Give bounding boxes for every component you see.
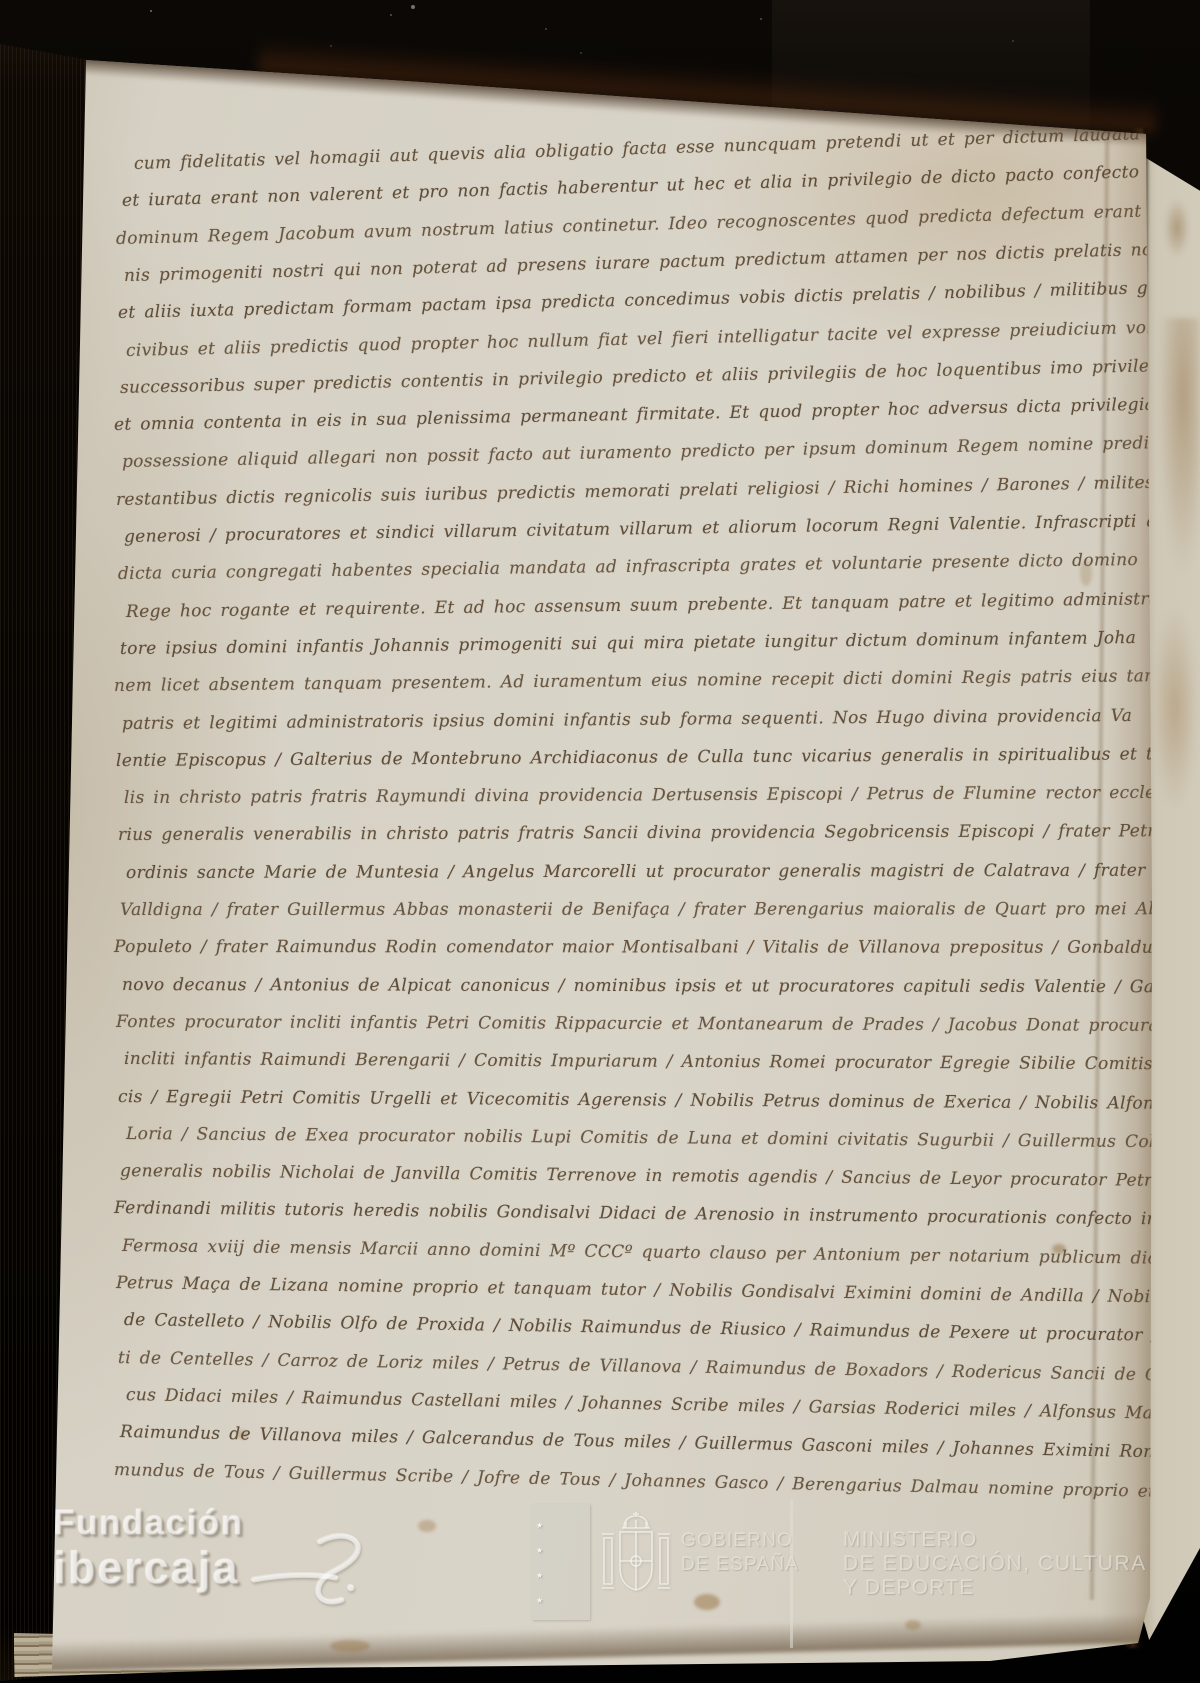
manuscript-line: et aliis iuxta predictam formam pactam i… bbox=[118, 279, 1200, 322]
manuscript-line: nis primogeniti nostri qui non poterat a… bbox=[124, 240, 1200, 285]
manuscript-line: lis in christo patris fratris Raymundi d… bbox=[124, 784, 1200, 807]
eu-star-icon: ★ bbox=[536, 1596, 543, 1605]
eu-star-icon: ★ bbox=[536, 1546, 543, 1555]
stain bbox=[1152, 608, 1198, 808]
stain bbox=[330, 1640, 370, 1652]
ministerio-watermark-line1: MINISTERIO bbox=[843, 1528, 978, 1552]
manuscript-line: Petrus Maça de Lizana nomine proprio et … bbox=[116, 1275, 1200, 1308]
manuscript-line: Raimundus de Villanova miles / Galcerand… bbox=[120, 1424, 1200, 1464]
stain bbox=[1158, 318, 1200, 578]
manuscript-line: rius generalis venerabilis in christo pa… bbox=[118, 823, 1200, 844]
manuscript-line: cus Didaci miles / Raimundus Castellani … bbox=[126, 1387, 1200, 1425]
manuscript-line: Valldigna / frater Guillermus Abbas mona… bbox=[120, 901, 1200, 919]
manuscript-line: restantibus dictis regnicolis suis iurib… bbox=[116, 474, 1154, 508]
fundacion-watermark: Fundación bbox=[54, 1504, 244, 1544]
stain bbox=[418, 1520, 436, 1532]
ibercaja-watermark: ibercaja bbox=[54, 1543, 240, 1595]
manuscript-line: novo decanus / Antonius de Alpicat canon… bbox=[122, 977, 1200, 996]
eu-star-icon: ★ bbox=[536, 1521, 543, 1530]
manuscript-line: Populeto / frater Raimundus Rodin comend… bbox=[114, 939, 1200, 957]
ministerio-watermark-line2: DE EDUCACIÓN, CULTURA bbox=[843, 1552, 1147, 1576]
manuscript-line: ordinis sancte Marie de Muntesia / Angel… bbox=[126, 862, 1200, 882]
gobierno-watermark-line1: GOBIERNO bbox=[681, 1530, 793, 1552]
manuscript-line: cis / Egregii Petri Comitis Urgelli et V… bbox=[118, 1089, 1200, 1114]
stain bbox=[905, 1620, 921, 1630]
manuscript-line: Rege hoc rogante et requirente. Et ad ho… bbox=[126, 591, 1160, 621]
ministerio-watermark-line3: Y DEPORTE bbox=[843, 1576, 974, 1600]
manuscript-line: ti de Centelles / Carroz de Loriz miles … bbox=[118, 1350, 1200, 1388]
manuscript-line: Fontes procurator incliti infantis Petri… bbox=[116, 1014, 1185, 1035]
manuscript-line: patris et legitimi administratoris ipsiu… bbox=[122, 707, 1132, 732]
manuscript-line: successoribus super predictis contentis … bbox=[120, 357, 1200, 397]
manuscript-line: lentie Episcopus / Galterius de Montebru… bbox=[116, 745, 1200, 770]
manuscript-line: possessione aliquid allegari non possit … bbox=[122, 433, 1200, 471]
watermark-divider bbox=[790, 1500, 793, 1648]
manuscript-line: civibus et aliis predictis quod propter … bbox=[126, 317, 1200, 360]
manuscript-line: mundus de Tous / Guillermus Scribe / Jof… bbox=[114, 1462, 1200, 1504]
manuscript-line: de Castelleto / Nobilis Olfo de Proxida … bbox=[124, 1312, 1200, 1347]
ibercaja-bird-icon bbox=[250, 1528, 374, 1608]
dust-specks bbox=[150, 10, 152, 12]
stain bbox=[694, 1594, 720, 1610]
manuscript-line: incliti infantis Raimundi Berengarii / C… bbox=[124, 1051, 1200, 1074]
manuscript-line: tore ipsius domini infantis Johannis pri… bbox=[120, 630, 1136, 658]
manuscript-line: dicta curia congregati habentes speciali… bbox=[118, 552, 1138, 583]
manuscript-line: generalis nobilis Nicholai de Janvilla C… bbox=[120, 1163, 1159, 1190]
eu-star-icon: ★ bbox=[536, 1571, 543, 1580]
manuscript-line: Loria / Sancius de Exea procurator nobil… bbox=[126, 1126, 1200, 1152]
manuscript-line: et omnia contenta in eis in sua plenissi… bbox=[114, 396, 1181, 434]
manuscript-line: nem licet absentem tanquam presentem. Ad… bbox=[114, 668, 1200, 695]
manuscript-line: generosi / procuratores et sindici villa… bbox=[124, 512, 1200, 546]
gobierno-watermark-line2: DE ESPAÑA bbox=[681, 1554, 799, 1576]
spain-coat-of-arms-icon bbox=[596, 1512, 676, 1608]
manuscript-line: Fermosa xviij die mensis Marcii anno dom… bbox=[122, 1238, 1200, 1269]
stain bbox=[1164, 198, 1190, 258]
bottom-edge-shadow bbox=[29, 1613, 1149, 1672]
manuscript-page: ·: cum fidelitatis vel homagii aut quevi… bbox=[0, 0, 1200, 1683]
manuscript-photo: ·: cum fidelitatis vel homagii aut quevi… bbox=[0, 0, 1200, 1683]
manuscript-line: Ferdinandi militis tutoris heredis nobil… bbox=[114, 1200, 1200, 1229]
